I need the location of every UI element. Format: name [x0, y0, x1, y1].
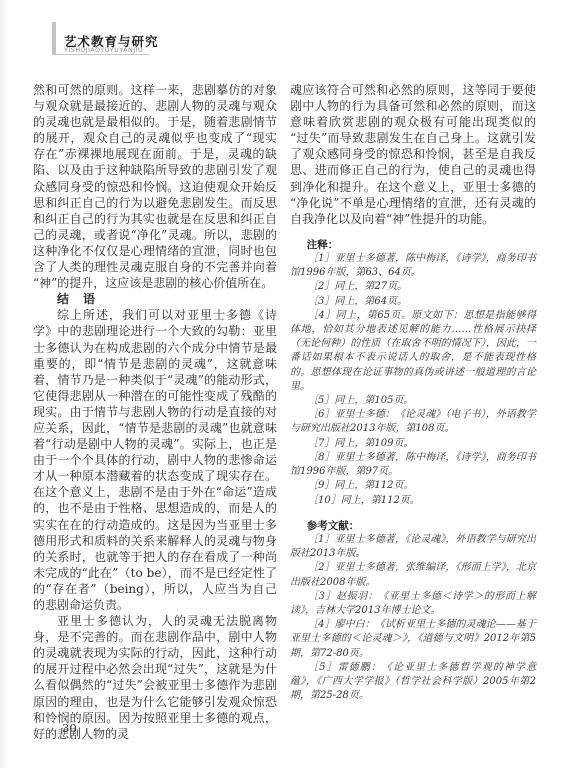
- note-item: ［7］同上，第109页。: [290, 437, 536, 451]
- header-accent-bar: [52, 22, 56, 55]
- note-item: ［6］亚里士多德：《论灵魂》（电子书），外语教学与研究出版社2013年版，第10…: [290, 408, 536, 436]
- references-heading: 参考文献：: [290, 519, 536, 533]
- reference-item: ［1］亚里士多德著，《论灵魂》，外语教学与研究出版社2013年版。: [290, 533, 536, 561]
- note-item: ［4］同上，第65页。原文如下：思想是指能够得体地，恰如其分地表述见解的能力………: [290, 309, 536, 394]
- reference-item: ［4］廖中白：《试析亚里士多德的灵魂论——基于亚里士多德的＜论灵魂＞》，《道德与…: [290, 618, 536, 661]
- references-section: 参考文献： ［1］亚里士多德著，《论灵魂》，外语教学与研究出版社2013年版。 …: [290, 519, 536, 704]
- article-body: 然和可然的原则。这样一来，悲剧摹仿的对象与观众就是最接近的、悲剧人物的灵魂与观众…: [33, 82, 536, 742]
- reference-item: ［5］雷德鹏：《论亚里士多德哲学观的神学意蕴》，《广西大学学报》（哲学社会科学版…: [290, 661, 536, 704]
- notes-section: 注释： ［1］亚里士多德著，陈中梅译，《诗学》，商务印书馆1996年版，第63、…: [290, 238, 536, 508]
- note-item: ［10］同上，第112页。: [290, 494, 536, 508]
- journal-pinyin: YISHUJIAOYUYUYANJIU: [64, 46, 143, 54]
- header-rule: [52, 54, 149, 55]
- conclusion-heading: 结 语: [33, 291, 277, 307]
- note-item: ［5］同上，第105页。: [290, 394, 536, 408]
- page-number: 30: [62, 721, 77, 735]
- reference-item: ［3］赵振羽：《亚里士多德＜诗学＞的形而上解读》，吉林大学2013年博士论文。: [290, 590, 536, 618]
- note-item: ［9］同上，第112页。: [290, 479, 536, 493]
- reference-item: ［2］亚里士多德著，张维编译，《形而上学》，北京出版社2008年版。: [290, 561, 536, 589]
- notes-heading: 注释：: [290, 238, 536, 252]
- note-item: ［8］亚里士多德著，陈中梅译，《诗学》，商务印书馆1996年版，第97页。: [290, 451, 536, 479]
- journal-page: 艺术教育与研究 YISHUJIAOYUYUYANJIU 然和可然的原则。这样一来…: [0, 0, 565, 768]
- right-column: 魂应该符合可然和必然的原则，这等同于要使剧中人物的行为具备可然和必然的原则，而这…: [290, 82, 536, 742]
- note-item: ［2］同上，第27页。: [290, 280, 536, 294]
- paragraph-continuation: 然和可然的原则。这样一来，悲剧摹仿的对象与观众就是最接近的、悲剧人物的灵魂与观众…: [33, 82, 277, 291]
- note-item: ［1］亚里士多德著，陈中梅译，《诗学》，商务印书馆1996年版，第63、64页。: [290, 252, 536, 280]
- conclusion-paragraph-1: 综上所述，我们可以对亚里士多德《诗学》中的悲剧理论进行一个大致的勾勒：亚里士多德…: [33, 307, 277, 613]
- paragraph-continuation: 魂应该符合可然和必然的原则，这等同于要使剧中人物的行为具备可然和必然的原则，而这…: [290, 82, 536, 227]
- left-column: 然和可然的原则。这样一来，悲剧摹仿的对象与观众就是最接近的、悲剧人物的灵魂与观众…: [33, 82, 277, 742]
- note-item: ［3］同上，第64页。: [290, 295, 536, 309]
